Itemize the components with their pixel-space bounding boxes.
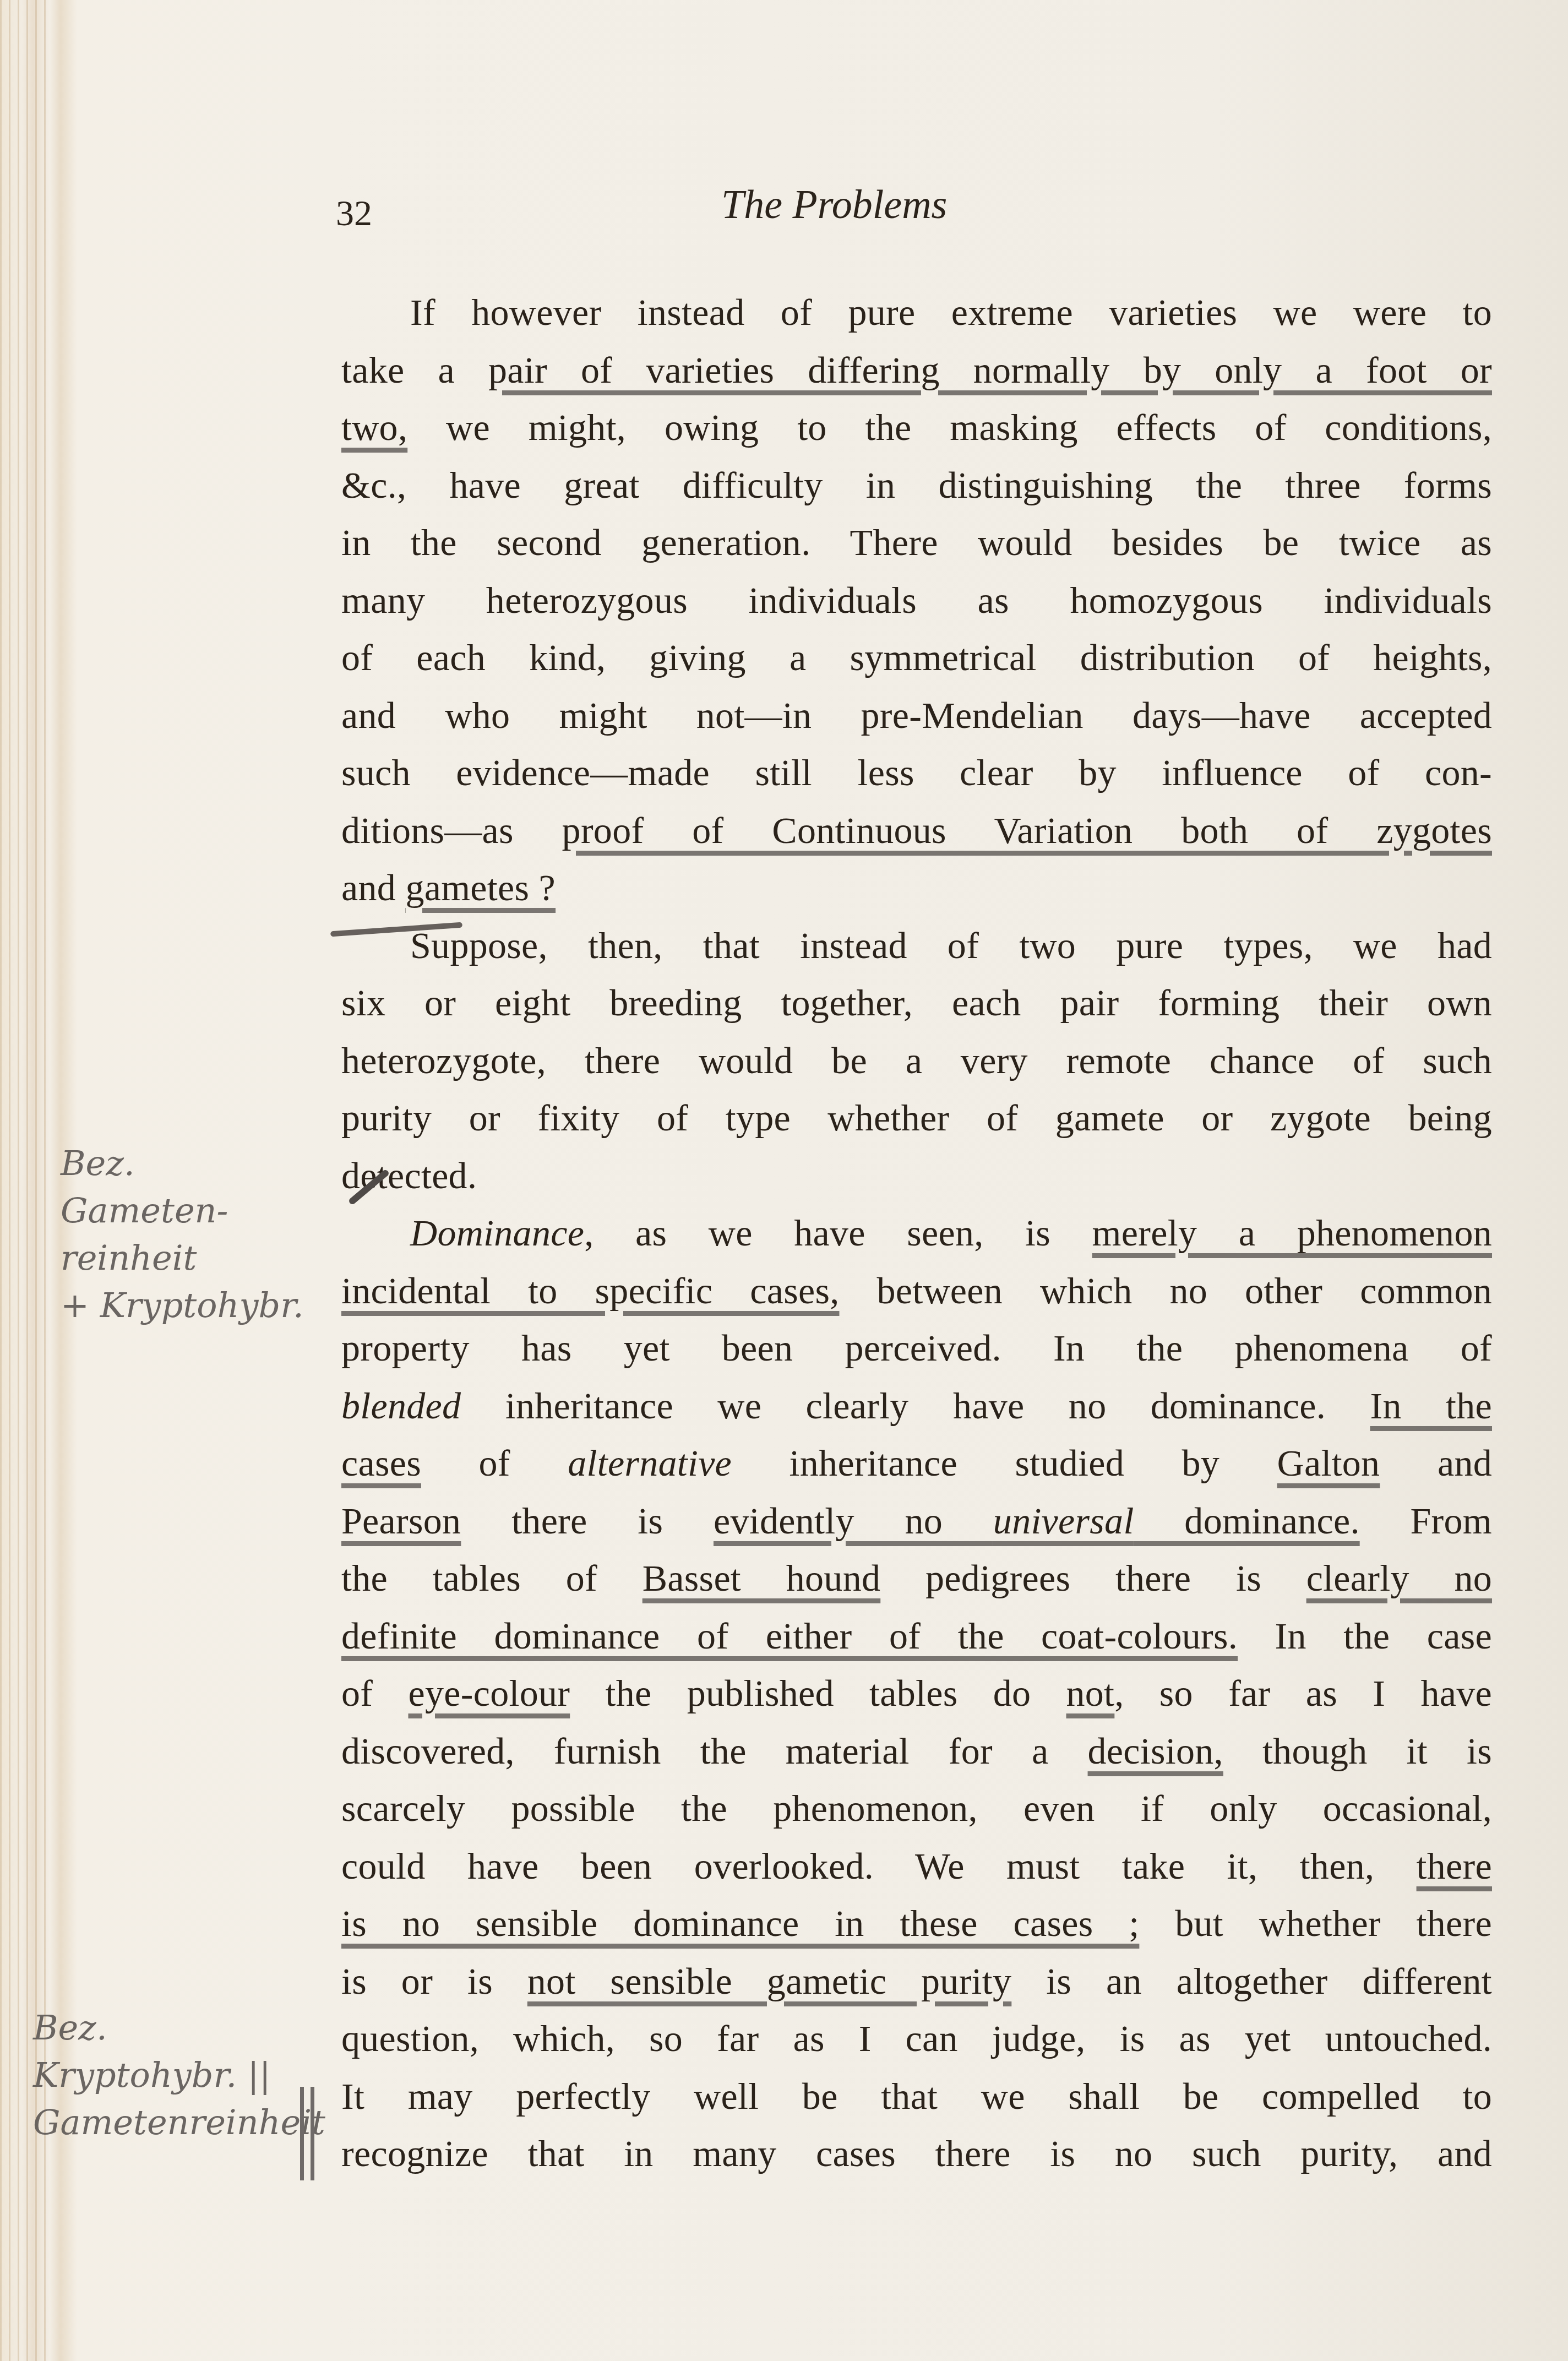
text-line: ditions—as proof of Continuous Variation… — [341, 802, 1492, 859]
text-segment: we might, owing to the masking effects o… — [407, 406, 1492, 448]
handwritten-line: Bez. — [61, 1140, 347, 1187]
handwritten-line: Bez. — [33, 2004, 529, 2052]
text-segment: , as we have seen, is — [584, 1212, 1092, 1254]
text-segment: and — [1380, 1442, 1492, 1484]
underlined-text: cases — [341, 1442, 421, 1484]
text-segment: If however instead of pure extreme varie… — [410, 291, 1492, 333]
text-line: six or eight breeding together, each pai… — [341, 974, 1492, 1032]
text-segment: of each kind, giving a symmetrical distr… — [341, 637, 1492, 678]
handwritten-line: Gametenreinheit — [33, 2099, 529, 2146]
text-segment: pedigrees there is — [880, 1557, 1306, 1599]
text-segment: inheritance studied by — [732, 1442, 1277, 1484]
text-line: If however instead of pure extreme varie… — [341, 284, 1492, 341]
text-line: Dominance, as we have seen, is merely a … — [341, 1204, 1492, 1262]
running-head: 32 The Problems — [336, 182, 1492, 242]
underlined-text: In the — [1370, 1385, 1492, 1427]
italic-text: blended — [341, 1385, 461, 1427]
text-segment: scarcely possible the phenomenon, even i… — [341, 1787, 1492, 1829]
text-segment: and — [341, 867, 405, 909]
text-segment: six or eight breeding together, each pai… — [341, 982, 1492, 1024]
text-line: incidental to specific cases, between wh… — [341, 1262, 1492, 1320]
text-segment: of — [341, 1672, 408, 1714]
text-segment: is or is — [341, 1960, 527, 2002]
text-segment: , so far as I have — [1114, 1672, 1492, 1714]
text-line: &c., have great difficulty in distinguis… — [341, 456, 1492, 514]
text-line: cases of alternative inheritance studied… — [341, 1434, 1492, 1492]
text-line: many heterozygous individuals as homozyg… — [341, 572, 1492, 629]
margin-double-bar — [300, 2087, 314, 2180]
handwritten-line: Gameten- — [61, 1187, 347, 1234]
text-segment: From — [1360, 1500, 1492, 1542]
text-line: of eye-colour the published tables do no… — [341, 1664, 1492, 1722]
page-number: 32 — [336, 193, 372, 235]
underlined-text: Basset hound — [643, 1557, 881, 1599]
text-line: definite dominance of either of the coat… — [341, 1607, 1492, 1665]
text-line: Suppose, then, that instead of two pure … — [341, 917, 1492, 975]
text-line: is or is not sensible gametic purity is … — [341, 1952, 1492, 2010]
text-segment: heterozygote, there would be a very remo… — [341, 1040, 1492, 1081]
text-line: discovered, furnish the material for a d… — [341, 1722, 1492, 1780]
italic-text: alternative — [568, 1442, 732, 1484]
text-segment: property has yet been perceived. In the … — [341, 1327, 1492, 1369]
underlined-text: incidental to specific cases, — [341, 1270, 839, 1312]
italic-text: Dominance — [410, 1212, 584, 1254]
text-segment: in the second generation. There would be… — [341, 521, 1492, 563]
underlined-text: evidently no — [714, 1500, 993, 1542]
text-segment: but whether there — [1139, 1902, 1492, 1944]
handwritten-line: Kryptohybr. || — [33, 2052, 529, 2099]
text-line: scarcely possible the phenomenon, even i… — [341, 1780, 1492, 1837]
text-segment: though it is — [1223, 1730, 1492, 1772]
underlined-text: dominance. — [1134, 1500, 1360, 1542]
underlined-text: Pearson — [341, 1500, 461, 1542]
text-line: of each kind, giving a symmetrical distr… — [341, 629, 1492, 687]
margin-annotation-1: Bez.Gameten-reinheit+ Kryptohybr. — [61, 1140, 347, 1329]
text-segment: of — [421, 1442, 568, 1484]
text-segment: &c., have great difficulty in distinguis… — [341, 464, 1492, 506]
text-line: two, we might, owing to the masking effe… — [341, 399, 1492, 456]
underlined-text: gametes ? — [405, 867, 556, 909]
text-segment: between which no other common — [839, 1270, 1492, 1312]
text-line: take a pair of varieties differing norma… — [341, 341, 1492, 399]
underlined-text: not sensible gametic purity — [527, 1960, 1011, 2002]
text-line: is no sensible dominance in these cases … — [341, 1895, 1492, 1952]
text-line: in the second generation. There would be… — [341, 514, 1492, 572]
underlined-text: proof of Continuous Variation both of zy… — [562, 809, 1492, 851]
margin-annotation-2: Bez.Kryptohybr. ||Gametenreinheit — [33, 2004, 529, 2146]
text-segment: and who might not—in pre-Mendelian days—… — [341, 694, 1492, 736]
text-line: Pearson there is evidently no universal … — [341, 1492, 1492, 1550]
underlined-text: there — [1417, 1845, 1492, 1887]
text-line: property has yet been perceived. In the … — [341, 1319, 1492, 1377]
underlined-text: definite dominance of either of the coat… — [341, 1615, 1238, 1657]
underlined-text: decision, — [1088, 1730, 1223, 1772]
book-page: 32 The Problems If however instead of pu… — [0, 0, 1568, 2361]
underlined-text: is no sensible dominance in these cases … — [341, 1902, 1139, 1944]
underlined-text: merely a phenomenon — [1092, 1212, 1492, 1254]
running-title: The Problems — [721, 182, 947, 229]
text-line: blended inheritance we clearly have no d… — [341, 1377, 1492, 1435]
text-line: and gametes ? — [341, 859, 1492, 917]
handwritten-line: + Kryptohybr. — [61, 1282, 347, 1329]
text-line: could have been overlooked. We must take… — [341, 1837, 1492, 1895]
text-line: heterozygote, there would be a very remo… — [341, 1032, 1492, 1090]
text-segment: discovered, furnish the material for a — [341, 1730, 1088, 1772]
text-segment: inheritance we clearly have no dominance… — [461, 1385, 1370, 1427]
text-line: purity or fixity of type whether of game… — [341, 1089, 1492, 1147]
text-segment: In the case — [1238, 1615, 1492, 1657]
text-segment: many heterozygous individuals as homozyg… — [341, 579, 1492, 621]
underlined-text: Galton — [1277, 1442, 1380, 1484]
text-segment: Suppose, then, that instead of two pure … — [410, 924, 1492, 966]
text-segment: is an altogether different — [1011, 1960, 1492, 2002]
text-segment: could have been overlooked. We must take… — [341, 1845, 1417, 1887]
underlined-text: pair of varieties differing normally by … — [488, 349, 1492, 391]
text-segment: ditions—as — [341, 809, 562, 851]
text-line: the tables of Basset hound pedigrees the… — [341, 1549, 1492, 1607]
text-segment: the published tables do — [570, 1672, 1066, 1714]
underlined-text: two, — [341, 406, 407, 448]
handwritten-line: reinheit — [61, 1234, 347, 1282]
text-line: detected. — [341, 1147, 1492, 1205]
text-segment: there is — [461, 1500, 714, 1542]
text-segment: take a — [341, 349, 488, 391]
body-text: If however instead of pure extreme varie… — [341, 284, 1492, 2183]
text-line: such evidence—made still less clear by i… — [341, 744, 1492, 802]
underlined-text: universal — [993, 1500, 1134, 1542]
text-segment: the tables of — [341, 1557, 643, 1599]
underlined-text: eye-colour — [408, 1672, 570, 1714]
underlined-text: clearly no — [1306, 1557, 1492, 1599]
underlined-text: not — [1066, 1672, 1115, 1714]
text-segment: purity or fixity of type whether of game… — [341, 1097, 1492, 1139]
text-segment: such evidence—made still less clear by i… — [341, 752, 1492, 793]
text-line: and who might not—in pre-Mendelian days—… — [341, 687, 1492, 744]
